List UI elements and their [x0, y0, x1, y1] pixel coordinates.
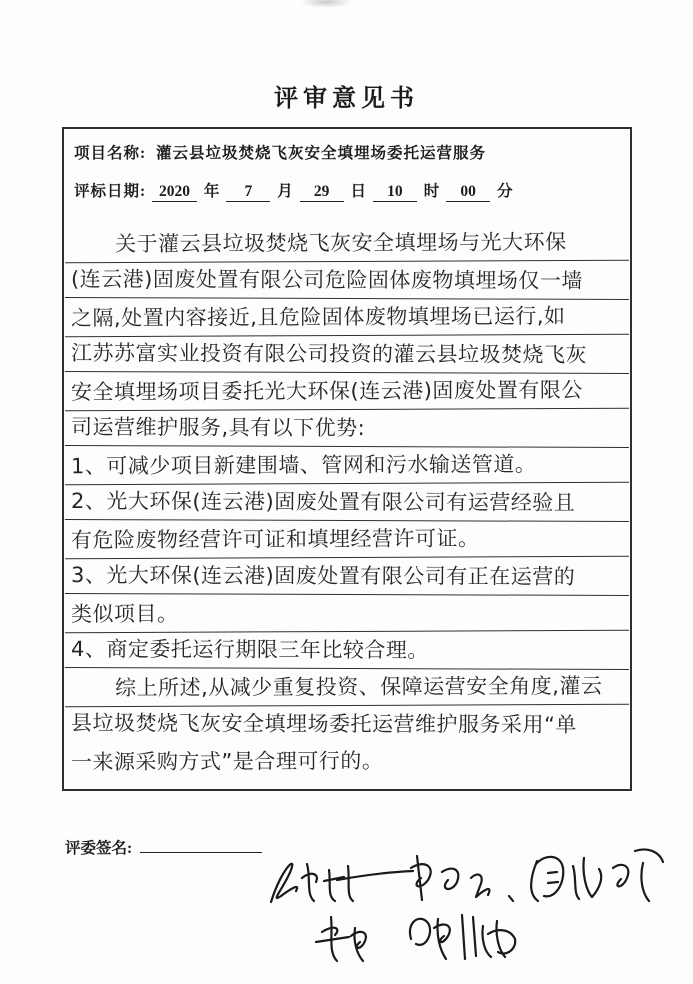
opinion-line: 4、商定委托运行期限三年比较合理。 — [65, 631, 629, 670]
date-hour-value: 10 — [373, 183, 417, 202]
date-month-value: 7 — [226, 183, 270, 202]
date-year-value: 2020 — [152, 183, 197, 202]
opinion-line: 综上所述,从减少重复投资、保障运营安全角度,灌云 — [65, 668, 629, 707]
handwritten-signatures — [225, 838, 685, 978]
opinion-line: 2、光大环保(连云港)固废处置有限公司有运营经验且 — [65, 483, 629, 522]
review-form-box: 项目名称: 灌云县垃圾焚烧飞灰安全填埋场委托运营服务 评标日期: 2020 年 … — [62, 127, 632, 791]
opinion-line: 一来源采购方式”是合理可行的。 — [65, 742, 629, 781]
project-name-value: 灌云县垃圾焚烧飞灰安全填埋场委托运营服务 — [156, 145, 486, 162]
project-name-row: 项目名称: 灌云县垃圾焚烧飞灰安全填埋场委托运营服务 — [74, 141, 486, 163]
opinion-line: 3、光大环保(连云港)固废处置有限公司有正在运营的 — [65, 557, 629, 596]
opinion-line: 有危险废物经营许可证和填埋经营许可证。 — [65, 520, 629, 559]
signature-4-stroke — [316, 917, 366, 961]
opinion-line: 1、可减少项目新建围墙、管网和污水输送管道。 — [65, 446, 629, 485]
date-month-unit: 月 — [277, 183, 293, 200]
signature-2-stroke — [411, 856, 513, 901]
opinion-line: 司运营维护服务,具有以下优势: — [65, 409, 629, 448]
opinion-line: 江苏苏富实业投资有限公司投资的灌云县垃圾焚烧飞灰 — [65, 335, 629, 374]
date-hour-unit: 时 — [424, 183, 440, 200]
scan-artifact-smudge — [300, 0, 352, 8]
date-year-unit: 年 — [204, 183, 220, 200]
opinion-line: 之隔,处置内容接近,且危险固体废物填埋场已运行,如 — [65, 298, 629, 337]
date-day-unit: 日 — [350, 183, 366, 200]
document-title: 评审意见书 — [0, 78, 693, 113]
opinion-line: 安全填埋场项目委托光大环保(连云港)固废处置有限公 — [65, 372, 629, 411]
bid-date-row: 评标日期: 2020 年 7 月 29 日 10 时 00 分 — [74, 179, 514, 202]
opinion-line: 县垃圾焚烧飞灰安全填埋场委托运营维护服务采用“单 — [65, 705, 629, 744]
date-minute-value: 00 — [446, 183, 490, 202]
signature-1-stroke — [271, 864, 353, 902]
opinion-line: 类似项目。 — [65, 594, 629, 633]
handwritten-opinion-area: 关于灌云县垃圾焚烧飞灰安全填埋场与光大环保 (连云港)固废处置有限公司危险固体废… — [64, 225, 630, 780]
project-name-label: 项目名称: — [74, 145, 146, 162]
opinion-line: 关于灌云县垃圾焚烧飞灰安全填埋场与光大环保 — [65, 224, 629, 263]
scanned-document-page: 评审意见书 项目名称: 灌云县垃圾焚烧飞灰安全填埋场委托运营服务 评标日期: 2… — [0, 0, 693, 984]
opinion-line: (连云港)固废处置有限公司危险固体废物填埋场仅一墙 — [65, 261, 629, 300]
signature-5-stroke — [410, 915, 515, 959]
bid-date-label: 评标日期: — [74, 183, 146, 200]
date-day-value: 29 — [300, 183, 344, 202]
date-minute-unit: 分 — [497, 183, 513, 200]
signature-3-stroke — [531, 849, 663, 901]
reviewer-signature-label: 评委签名: — [65, 840, 132, 857]
